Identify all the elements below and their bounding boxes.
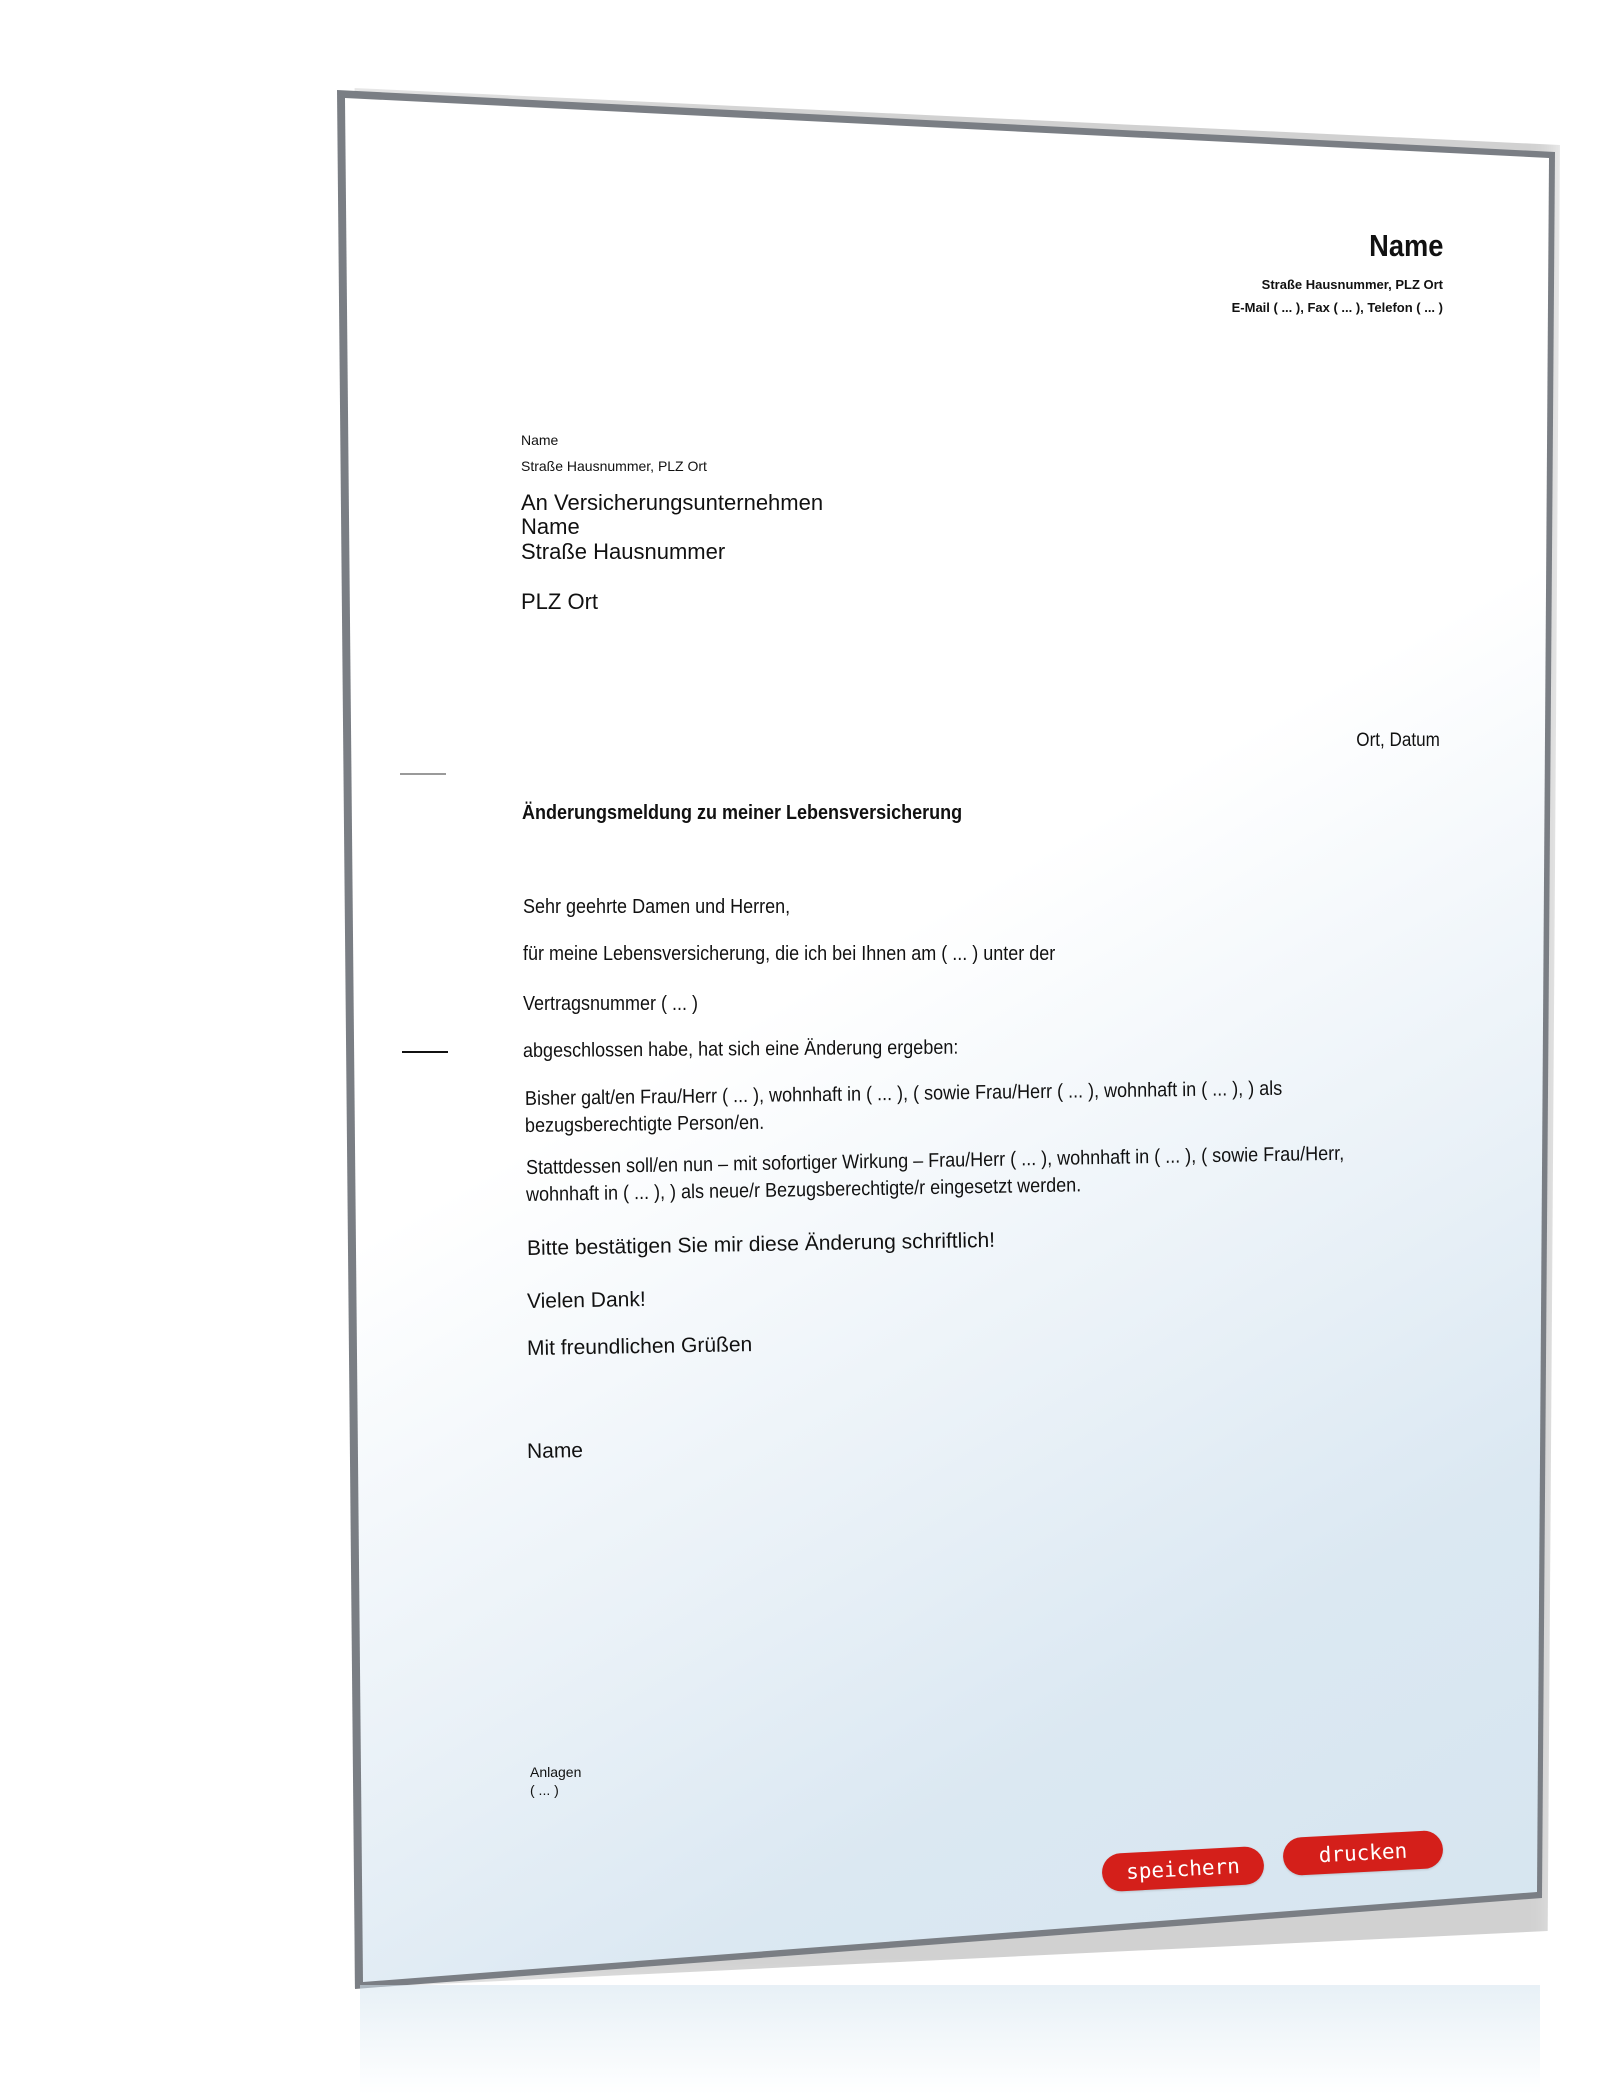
save-button[interactable]: speichern xyxy=(1101,1846,1265,1892)
signature-name: Name xyxy=(527,1439,583,1464)
attachments-value: ( ... ) xyxy=(530,1782,559,1798)
punch-mark xyxy=(402,1051,448,1053)
body-line: abgeschlossen habe, hat sich eine Änderu… xyxy=(523,1037,958,1063)
thanks: Vielen Dank! xyxy=(527,1288,646,1314)
recipient-line: Name xyxy=(521,514,580,540)
fold-mark xyxy=(400,773,446,775)
recipient-line: An Versicherungsunternehmen xyxy=(521,490,823,516)
sender-address: Straße Hausnummer, PLZ Ort xyxy=(1262,277,1443,292)
confirmation-request: Bitte bestätigen Sie mir diese Änderung … xyxy=(527,1229,995,1261)
body-paragraph-previous: bezugsberechtigte Person/en. xyxy=(525,1112,764,1138)
body-line: für meine Lebensversicherung, die ich be… xyxy=(523,943,1055,966)
body-paragraph-new: wohnhaft in ( ... ), ) als neue/r Bezugs… xyxy=(526,1174,1082,1207)
document-preview: Name Straße Hausnummer, PLZ Ort E-Mail (… xyxy=(0,0,1600,2100)
recipient-line: Straße Hausnummer xyxy=(521,539,725,565)
print-button[interactable]: drucken xyxy=(1282,1830,1444,1876)
body-line: Vertragsnummer ( ... ) xyxy=(523,993,698,1016)
letter-subject: Änderungsmeldung zu meiner Lebensversich… xyxy=(522,802,962,825)
place-date: Ort, Datum xyxy=(1356,730,1440,752)
return-address: Straße Hausnummer, PLZ Ort xyxy=(521,458,707,474)
attachments-label: Anlagen xyxy=(530,1764,581,1780)
salutation: Sehr geehrte Damen und Herren, xyxy=(523,896,790,919)
letter-content: Name Straße Hausnummer, PLZ Ort E-Mail (… xyxy=(0,0,1600,2100)
closing: Mit freundlichen Grüßen xyxy=(527,1333,753,1361)
sender-contact: E-Mail ( ... ), Fax ( ... ), Telefon ( .… xyxy=(1232,300,1443,315)
sender-name: Name xyxy=(1369,228,1443,264)
return-name: Name xyxy=(521,432,558,448)
body-paragraph-previous: Bisher galt/en Frau/Herr ( ... ), wohnha… xyxy=(525,1078,1282,1111)
recipient-line: PLZ Ort xyxy=(521,589,598,615)
body-paragraph-new: Stattdessen soll/en nun – mit sofortiger… xyxy=(526,1143,1345,1180)
